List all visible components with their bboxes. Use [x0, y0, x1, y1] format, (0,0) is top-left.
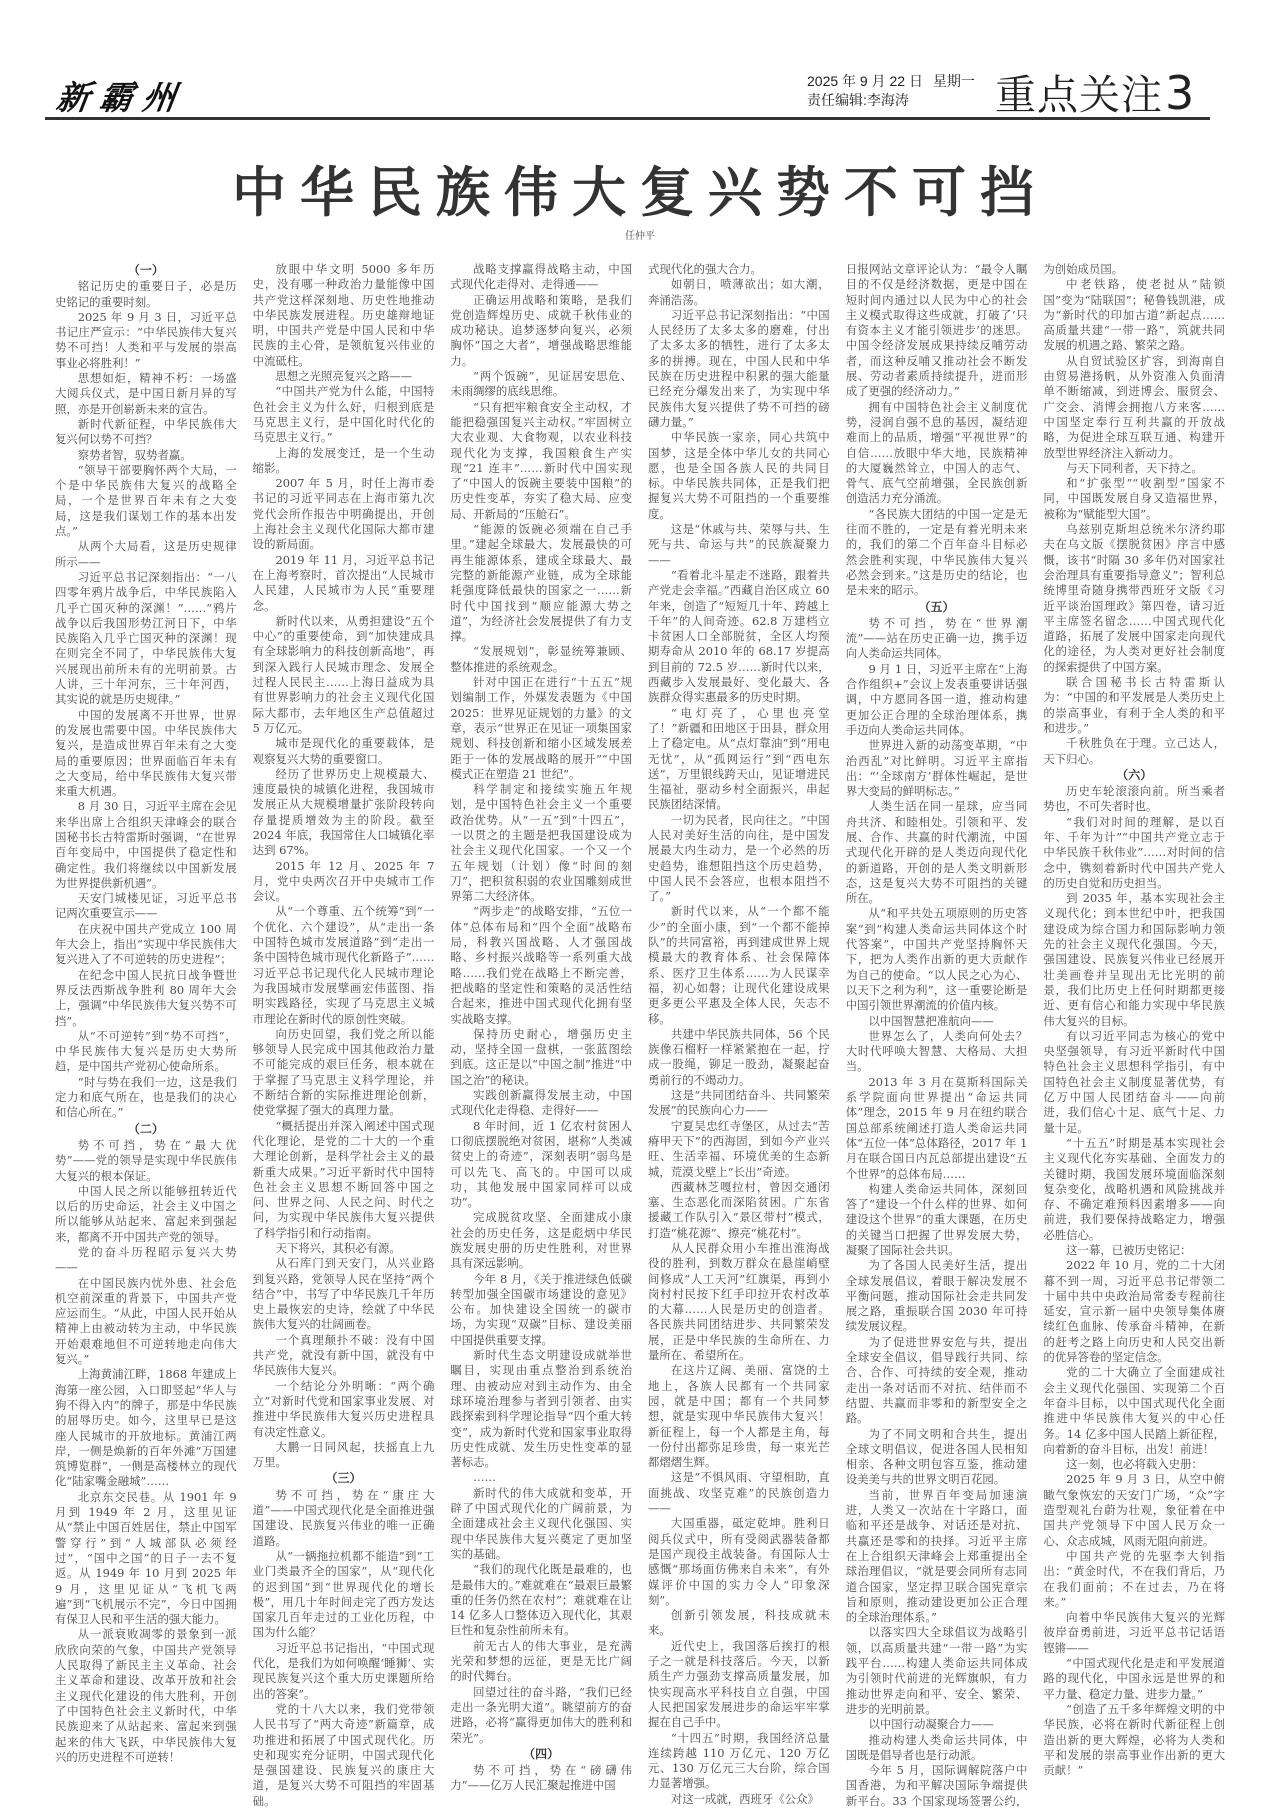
paragraph: 中国的发展离不开世界，世界的发展也需要中国。中华民族伟大复兴，是造成世界百年未有…: [55, 708, 237, 800]
header-divider: [45, 117, 1210, 120]
paragraph: “时与势在我们一边，这是我们定力和底气所在，也是我们的决心和信心所在。”: [55, 1075, 237, 1121]
paragraph: 到 2035 年，基本实现社会主义现代化；到本世纪中叶，把我国建设成为综合国力和…: [1043, 891, 1225, 1029]
paragraph: 式现代化的强大合力。: [648, 262, 830, 277]
paragraph: 新时代以来，从勇担建设“五个中心”的重要使命，到“加快建成具有全球影响力的科技创…: [253, 614, 435, 736]
paragraph: “电灯亮了，心里也亮堂了！”新疆和田地区于田县，群众用上了稳定电。从“点灯靠油”…: [648, 706, 830, 813]
paragraph: 以中国行动凝聚合力——: [846, 1717, 1028, 1732]
paragraph: 正确运用战略和策略，是我们党创造辉煌历史、成就千秋伟业的成功秘诀。追梦逐梦向复兴…: [450, 293, 632, 369]
paragraph: 向着中华民族伟大复兴的光辉彼岸奋勇前进，习近平总书记话语铿锵——: [1043, 1610, 1225, 1656]
paragraph: 千秋胜负在于理。立己达人，天下归心。: [1043, 736, 1225, 767]
paragraph: 联合国秘书长古特雷斯认为：“中国的和平发展是人类历史上的崇高事业，有利于全人类的…: [1043, 675, 1225, 736]
paragraph: 习近平总书记深刻指出：“中国人民经历了太多太多的磨难，付出了太多太多的牺牲，进行…: [648, 308, 830, 430]
paragraph: 城市是现代化的重要载体，是观察复兴大势的重要窗口。: [253, 736, 435, 767]
paragraph: 2025 年 9 月 3 日，从空中俯瞰气象恢宏的天安门广场，“众”字造型观礼台…: [1043, 1472, 1225, 1548]
article-column-6: 为创始成员国。中老铁路，使老挝从“陆锁国”变为“陆联国”；秘鲁钱凯港，成为“新时…: [1043, 262, 1225, 1807]
paragraph: 战略支撑赢得战略主动，中国式现代化走得对、走得通——: [450, 262, 632, 293]
paragraph: 势不可挡，势在“磅礴伟力”——亿万人民汇聚起推进中国: [450, 1763, 632, 1794]
paragraph: 一切为民者，民向往之。“中国人民对美好生活的向往，是中国发展最大内生动力，是一个…: [648, 813, 830, 905]
article-column-4: 式现代化的强大合力。如朝日，喷薄欲出；如大潮，奔涌浩荡。习近平总书记深刻指出：“…: [648, 262, 830, 1807]
paragraph: 历史车轮滚滚向前。所当乘者势也，不可失者时也。: [1043, 784, 1225, 815]
paragraph: 对这一成就，西班牙《公众》: [648, 1792, 830, 1807]
paragraph: 大鹏一日同风起，扶摇直上九万里。: [253, 1440, 435, 1471]
paragraph: 2013 年 3 月在莫斯科国际关系学院面向世界提出“命运共同体”理念，2015…: [846, 1075, 1028, 1182]
paragraph: 新时代生态文明建设成就举世瞩目，实现由重点整治到系统治理、由被动应对到主动作为、…: [450, 1348, 632, 1470]
page-number: 3: [1165, 66, 1195, 120]
article-byline: 任仲平: [120, 227, 1160, 242]
paragraph: 针对中国正在进行“十五五”规划编制工作，外媒发表题为《中国 2025：世界见证规…: [450, 675, 632, 782]
article-headline: 中华民族伟大复兴势不可挡: [120, 150, 1160, 227]
section-heading: （五）: [846, 600, 1028, 615]
article-column-5: 日报网站文章评论认为：“最令人瞩目的不仅是经济数据，更是中国在短时间内通过以人民…: [846, 262, 1028, 1807]
paragraph: 以落实四大全球倡议为战略引领，以高质量共建“一带一路”为实践平台……构建人类命运…: [846, 1625, 1028, 1717]
paragraph: “领导干部要胸怀两个大局，一个是中华民族伟大复兴的战略全局，一个是世界百年未有之…: [55, 463, 237, 539]
paragraph: 前无古人的伟大事业，是充满光荣和梦想的远征，更是无比广阔的时代舞台。: [450, 1639, 632, 1685]
paragraph: 为了不同文明和合共生，提出全球文明倡议，促进各国人民相知相亲、各种文明包容互鉴，…: [846, 1427, 1028, 1488]
paragraph: “两个饭碗”，见证居安思危、未雨绸缪的底线思维。: [450, 369, 632, 400]
newspaper-logo: 新霸州: [54, 72, 190, 119]
paragraph: 这是“休戚与共、荣辱与共、生死与共、命运与共”的民族凝聚力——: [648, 522, 830, 568]
paragraph: 势不可挡，势在“世界潮流”——站在历史正确一边，携手迈向人类命运共同体。: [846, 616, 1028, 662]
paragraph: 2019 年 11 月，习近平总书记在上海考察时，首次提出“人民城市人民建，人民…: [253, 553, 435, 614]
paragraph: 共建中华民族共同体，56 个民族像石榴籽一样紧紧抱在一起，拧成一股绳，铆足一股劲…: [648, 1027, 830, 1088]
paragraph: 上海的发展变迁，是一个生动缩影。: [253, 446, 435, 477]
paragraph: 新时代以来，从“一个都不能少”的全面小康，到“一个都不能掉队”的共同富裕，再到建…: [648, 904, 830, 1026]
section-heading: （六）: [1043, 768, 1225, 783]
paragraph: 9 月 1 日，习近平主席在“上海合作组织+”会议上发表重要讲话强调，中方愿同各…: [846, 662, 1028, 738]
paragraph: 放眼中华文明 5000 多年历史，没有哪一种政治力量能像中国共产党这样深刻地、历…: [253, 262, 435, 369]
paragraph: 为了促进世界安危与共，提出全球安全倡议，倡导践行共同、综合、合作、可持续的安全观…: [846, 1335, 1028, 1427]
paragraph: 铭记历史的重要日子，必是历史铭记的重要时刻。: [55, 279, 237, 310]
paragraph: 实践创新赢得发展主动，中国式现代化走得稳、走得好——: [450, 1088, 632, 1119]
paragraph: 保持历史耐心，增强历史主动，坚持全国一盘棋，一张蓝图绘到底。这正是以“中国之制”…: [450, 1027, 632, 1088]
paragraph: 中国共产党的先驱李大钊指出：“黄金时代，不在我们背后，乃在我们面前；不在过去，乃…: [1043, 1549, 1225, 1610]
paragraph: 中老铁路，使老挝从“陆锁国”变为“陆联国”；秘鲁钱凯港，成为“新时代的印加古道”…: [1043, 277, 1225, 353]
paragraph: 回望过往的奋斗路，“我们已经走出一条光明大道”。眺望前方的奋进路，必将“赢得更加…: [450, 1685, 632, 1746]
paragraph: “只有把牢粮食安全主动权，才能把稳强国复兴主动权。”牢固树立大农业观、大食物观，…: [450, 400, 632, 522]
paragraph: 从两个大局看，这是历史规律所示——: [55, 539, 237, 570]
paragraph: 党的奋斗历程昭示复兴大势——: [55, 1245, 237, 1276]
paragraph: 西藏林芝嘎拉村，曾因交通闭塞、生态恶化而深陷贫困。广东省援藏工作队引入“景区带村…: [648, 1180, 830, 1241]
paragraph: “创造了五千多年辉煌文明的中华民族，必将在新时代新征程上创造出新的更大辉煌，必将…: [1043, 1702, 1225, 1778]
paragraph: “中国式现代化是走和平发展道路的现代化，中国永远是世界的和平力量、稳定力量、进步…: [1043, 1656, 1225, 1702]
paragraph: 向历史回望，我们党之所以能够领导人民完成中国其他政治力量不可能完成的艰巨任务，根…: [253, 1027, 435, 1119]
paragraph: 上海黄浦江畔，1868 年建成上海第一座公园，入口即竖起“华人与狗不得入内”的牌…: [55, 1367, 237, 1489]
paragraph: 经历了世界历史上规模最大、速度最快的城镇化进程，我国城市发展正从大规模增量扩张阶…: [253, 767, 435, 859]
paragraph: 这是“共同团结奋斗、共同繁荣发展”的民族向心力——: [648, 1088, 830, 1119]
paragraph: 在中国民族内忧外患、社会危机空前深重的背景下，中国共产党应运而生。“从此，中国人…: [55, 1276, 237, 1368]
paragraph: 创新引领发展，科技成就未来。: [648, 1608, 830, 1639]
issue-weekday: 星期一: [933, 73, 975, 89]
paragraph: 从一派衰败凋零的景象到一派欣欣向荣的气象，中国共产党领导人民取得了新民主主义革命…: [55, 1627, 237, 1765]
paragraph: 科学制定和接续实施五年规划，是中国特色社会主义一个重要政治优势。从“一五”到“十…: [450, 782, 632, 904]
paragraph: 当前，世界百年变局加速演进，人类又一次站在十字路口，面临和平还是战争、对话还是对…: [846, 1488, 1028, 1626]
paragraph: “两步走”的战略安排，“五位一体”总体布局和“四个全面”战略布局，科教兴国战略、…: [450, 904, 632, 1026]
paragraph: ……: [450, 1470, 632, 1485]
paragraph: 这是“不惧风雨、守望相助，直面挑战、攻坚克难”的民族创造力——: [648, 1470, 830, 1516]
section-heading: （三）: [253, 1471, 435, 1486]
paragraph: 党的二十大确立了全面建成社会主义现代化强国、实现第二个百年奋斗目标，以中国式现代…: [1043, 1365, 1225, 1457]
masthead: 新霸州 2025 年 9 月 22 日 星期一 责任编辑:李海涛 重点关注3: [45, 60, 1210, 120]
paragraph: “发展规划”，彰显统筹兼顾、整体推进的系统观念。: [450, 644, 632, 675]
section-name: 重点关注: [995, 71, 1163, 119]
paragraph: 拥有中国特色社会主义制度优势，浸润自强不息的基因，凝结迎难而上的品质，增强“平视…: [846, 400, 1028, 507]
paragraph: 以中国智慧把准航向——: [846, 1014, 1028, 1029]
paragraph: 思想如炬，精神不朽：一场盛大阅兵仪式，是中国日新月异的写照，亦是开创崭新未来的宣…: [55, 371, 237, 417]
paragraph: 2025 年 9 月 3 日，习近平总书记庄严宣示：“中华民族伟大复兴势不可挡！…: [55, 310, 237, 371]
paragraph: “十四五”时期，我国经济总量连续跨越 110 万亿元、120 万亿元、130 万…: [648, 1731, 830, 1792]
paragraph: 日报网站文章评论认为：“最令人瞩目的不仅是经济数据，更是中国在短时间内通过以人民…: [846, 262, 1028, 400]
paragraph: 2015 年 12 月、2025 年 7 月，党中央两次召开中央城市工作会议。: [253, 859, 435, 905]
paragraph: 从自贸试验区扩容，到海南自由贸易港扬帆，从外资准入负面清单不断缩减，到进博会、服…: [1043, 354, 1225, 461]
paragraph: 如朝日，喷薄欲出；如大潮，奔涌浩荡。: [648, 277, 830, 308]
paragraph: 从“不可逆转”到“势不可挡”，中华民族伟大复兴是历史大势所趋，是中国共产党初心使…: [55, 1029, 237, 1075]
paragraph: 在庆祝中国共产党成立 100 周年大会上，指出“实现中华民族伟大复兴进入了不可逆…: [55, 922, 237, 968]
paragraph: “我们对时间的理解，是以百年、千年为计”“中国共产党立志于中华民族千秋伟业”………: [1043, 815, 1225, 891]
paragraph: 习近平总书记深刻指出：“一八四零年鸦片战争后，中华民族陷入几乎亡国灭种的深渊！”…: [55, 570, 237, 708]
paragraph: 完成脱贫攻坚、全面建成小康社会的历史任务，这是彪炳中华民族发展史册的历史性胜利，…: [450, 1210, 632, 1271]
article-column-1: （一）铭记历史的重要日子，必是历史铭记的重要时刻。2025 年 9 月 3 日，…: [55, 262, 237, 1807]
paragraph: 和“扩张型”“收割型”国家不同，中国既发展自身又造福世界，被称为“赋能型大国”。: [1043, 476, 1225, 522]
paragraph: 天安门城楼见证，习近平总书记两次重要宣示——: [55, 891, 237, 922]
issue-date: 2025 年 9 月 22 日: [807, 73, 923, 89]
paragraph: 为创始成员国。: [1043, 262, 1225, 277]
paragraph: 推动构建人类命运共同体，中国既是倡导者也是行动派。: [846, 1733, 1028, 1764]
editor-credit: 责任编辑:李海涛: [807, 91, 981, 110]
paragraph: 势不可挡，势在“最大优势”——党的领导是实现中华民族伟大复兴的根本保证。: [55, 1138, 237, 1184]
paragraph: 思想之光照亮复兴之路——: [253, 369, 435, 384]
paragraph: 人类生活在同一星球，应当同舟共济、和睦相处。引领和平、发展、合作、共赢的时代潮流…: [846, 799, 1028, 906]
paragraph: “概括提出并深入阐述中国式现代化理论，是党的二十大的一个重大理论创新，是科学社会…: [253, 1119, 435, 1241]
paragraph: 乌兹别克斯坦总统米尔济约耶夫在乌文版《摆脱贫困》序言中感慨，该书“时隔 30 多…: [1043, 522, 1225, 675]
paragraph: 宁夏吴忠红寺堡区，从过去“苦瘠甲天下”的西海固，到如今产业兴旺、生活幸福、环境优…: [648, 1119, 830, 1180]
paragraph: “十五五”时期是基本实现社会主义现代化夯实基础、全面发力的关键时期，我国发展环境…: [1043, 1136, 1225, 1243]
paragraph: 中国人民之所以能够扭转近代以后的历史命运，社会主义中国之所以能够从站起来、富起来…: [55, 1184, 237, 1245]
paragraph: 为了各国人民美好生活，提出全球发展倡议，着眼于解决发展不平衡问题，推动国际社会走…: [846, 1258, 1028, 1334]
paragraph: 察势者智，驭势者赢。: [55, 448, 237, 463]
article-body: （一）铭记历史的重要日子，必是历史铭记的重要时刻。2025 年 9 月 3 日，…: [55, 262, 1225, 1807]
paragraph: “能源的饭碗必须端在自己手里。”建起全球最大、发展最快的可再生能源体系，建成全球…: [450, 522, 632, 644]
paragraph: 世界怎么了，人类向何处去？大时代呼唤大智慧、大格局、大担当。: [846, 1029, 1028, 1075]
paragraph: 党的十八大以来，我们党带领人民书写了“两大奇迹”新篇章，成功推进和拓展了中国式现…: [253, 1702, 435, 1807]
paragraph: 天下将兴，其积必有源。: [253, 1241, 435, 1256]
paragraph: “看着北斗星走不迷路，跟着共产党走会幸福。”西藏自治区成立 60 年来，创造了“…: [648, 568, 830, 706]
paragraph: 今年 8 月，《关于推进绿色低碳转型加强全国碳市场建设的意见》公布。加快建设全国…: [450, 1272, 632, 1348]
paragraph: 从人民群众用小车推出淮海战役的胜利，到数万群众在悬崖峭壁间修成“人工天河”红旗渠…: [648, 1241, 830, 1363]
section-heading: （四）: [450, 1747, 632, 1762]
paragraph: “各民族大团结的中国一定是无往而不胜的，一定是有着光明未来的，我们的第二个百年奋…: [846, 507, 1028, 599]
paragraph: 构建人类命运共同体，深刻回答了“建设一个什么样的世界、如何建设这个世界”的重大课…: [846, 1182, 1028, 1258]
paragraph: 有以习近平同志为核心的党中央坚强领导，有习近平新时代中国特色社会主义思想科学指引…: [1043, 1029, 1225, 1136]
paragraph: 世界进入新的动荡变革期，“中治西乱”对比鲜明。习近平主席指出：“‘全球南方’群体…: [846, 738, 1028, 799]
paragraph: 这一幕，已被历史铭记：: [1043, 1243, 1225, 1258]
paragraph: 一个真理颠扑不破：没有中国共产党，就没有新中国，就没有中华民族伟大复兴。: [253, 1333, 435, 1379]
paragraph: 与天下同利者，天下持之。: [1043, 461, 1225, 476]
paragraph: 近代史上，我国落后挨打的根子之一就是科技落后。今天，以新质生产力强劲支撑高质量发…: [648, 1639, 830, 1731]
paragraph: 在这片辽阔、美丽、富饶的土地上，各族人民都有一个共同家园，就是中国；都有一个共同…: [648, 1363, 830, 1470]
paragraph: “中国共产党为什么能，中国特色社会主义为什么好，归根到底是马克思主义行，是中国化…: [253, 384, 435, 445]
paragraph: 从石库门到天安门，从兴业路到复兴路，党领导人民在坚持“两个结合”中，书写了中华民…: [253, 1256, 435, 1332]
paragraph: 2007 年 5 月，时任上海市委书记的习近平同志在上海市第九次党代会所作报告中…: [253, 476, 435, 552]
article-column-3: 战略支撑赢得战略主动，中国式现代化走得对、走得通——正确运用战略和策略，是我们党…: [450, 262, 632, 1807]
paragraph: 这一刻，也必将载入史册：: [1043, 1457, 1225, 1472]
paragraph: 新时代新征程，中华民族伟大复兴何以势不可挡？: [55, 417, 237, 448]
paragraph: 北京东交民巷。从 1901 年 9 月到 1949 年 2 月，这里见证从“禁止…: [55, 1490, 237, 1628]
section-heading: （二）: [55, 1122, 237, 1137]
paragraph: 习近平总书记指出，“中国式现代化，是我们为如何唤醒‘睡狮’、实现民族复兴这个重大…: [253, 1641, 435, 1702]
paragraph: 从“一个尊重、五个统筹”到“一个优化、六个建设”，从“走出一条中国特色城市发展道…: [253, 904, 435, 1026]
date-block: 2025 年 9 月 22 日 星期一 责任编辑:李海涛: [807, 72, 981, 110]
paragraph: 中华民族一家亲，同心共筑中国梦，这是全体中华儿女的共同心愿，也是全国各族人民的共…: [648, 430, 830, 522]
paragraph: 从“和平共处五项原则的历史答案”到“构建人类命运共同体这个时代答案”，中国共产党…: [846, 906, 1028, 1013]
paragraph: 从“一辆拖拉机都不能造”到“工业门类最齐全的国家”，从“现代化的迟到国”到“世界…: [253, 1549, 435, 1641]
section-title: 重点关注3: [995, 62, 1195, 121]
paragraph: 势不可挡，势在“康庄大道”——中国式现代化是全面推进强国建设、民族复兴伟业的唯一…: [253, 1488, 435, 1549]
article-column-2: 放眼中华文明 5000 多年历史，没有哪一种政治力量能像中国共产党这样深刻地、历…: [253, 262, 435, 1807]
paragraph: 2022 年 10 月，党的二十大闭幕不到一周，习近平总书记带领二十届中共中央政…: [1043, 1258, 1225, 1365]
paragraph: 8 年时间，近 1 亿农村贫困人口彻底摆脱绝对贫困，堪称“人类减贫史上的奇迹”，…: [450, 1119, 632, 1211]
paragraph: “我们的现代化既是最难的，也是最伟大的。”难就难在“最艰巨最繁重的任务仍然在农村…: [450, 1562, 632, 1638]
paragraph: 在纪念中国人民抗日战争暨世界反法西斯战争胜利 80 周年大会上，强调“中华民族伟…: [55, 968, 237, 1029]
section-heading: （一）: [55, 263, 237, 278]
paragraph: 今年 5 月，国际调解院落户中国香港，为和平解决国际争端提供新平台。33 个国家…: [846, 1763, 1028, 1807]
paragraph: 新时代的伟大成就和变革，开辟了中国式现代化的广阔前景，为全面建成社会主义现代化强…: [450, 1486, 632, 1562]
paragraph: 一个结论分外明晰：“两个确立”对新时代党和国家事业发展、对推进中华民族伟大复兴历…: [253, 1379, 435, 1440]
paragraph: 8 月 30 日，习近平主席在会见来华出席上合组织天津峰会的联合国秘书长古特雷斯…: [55, 799, 237, 891]
paragraph: 大国重器，砥定乾坤。胜利日阅兵仪式中，所有受阅武器装备都是国产现役主战装备。有国…: [648, 1516, 830, 1608]
